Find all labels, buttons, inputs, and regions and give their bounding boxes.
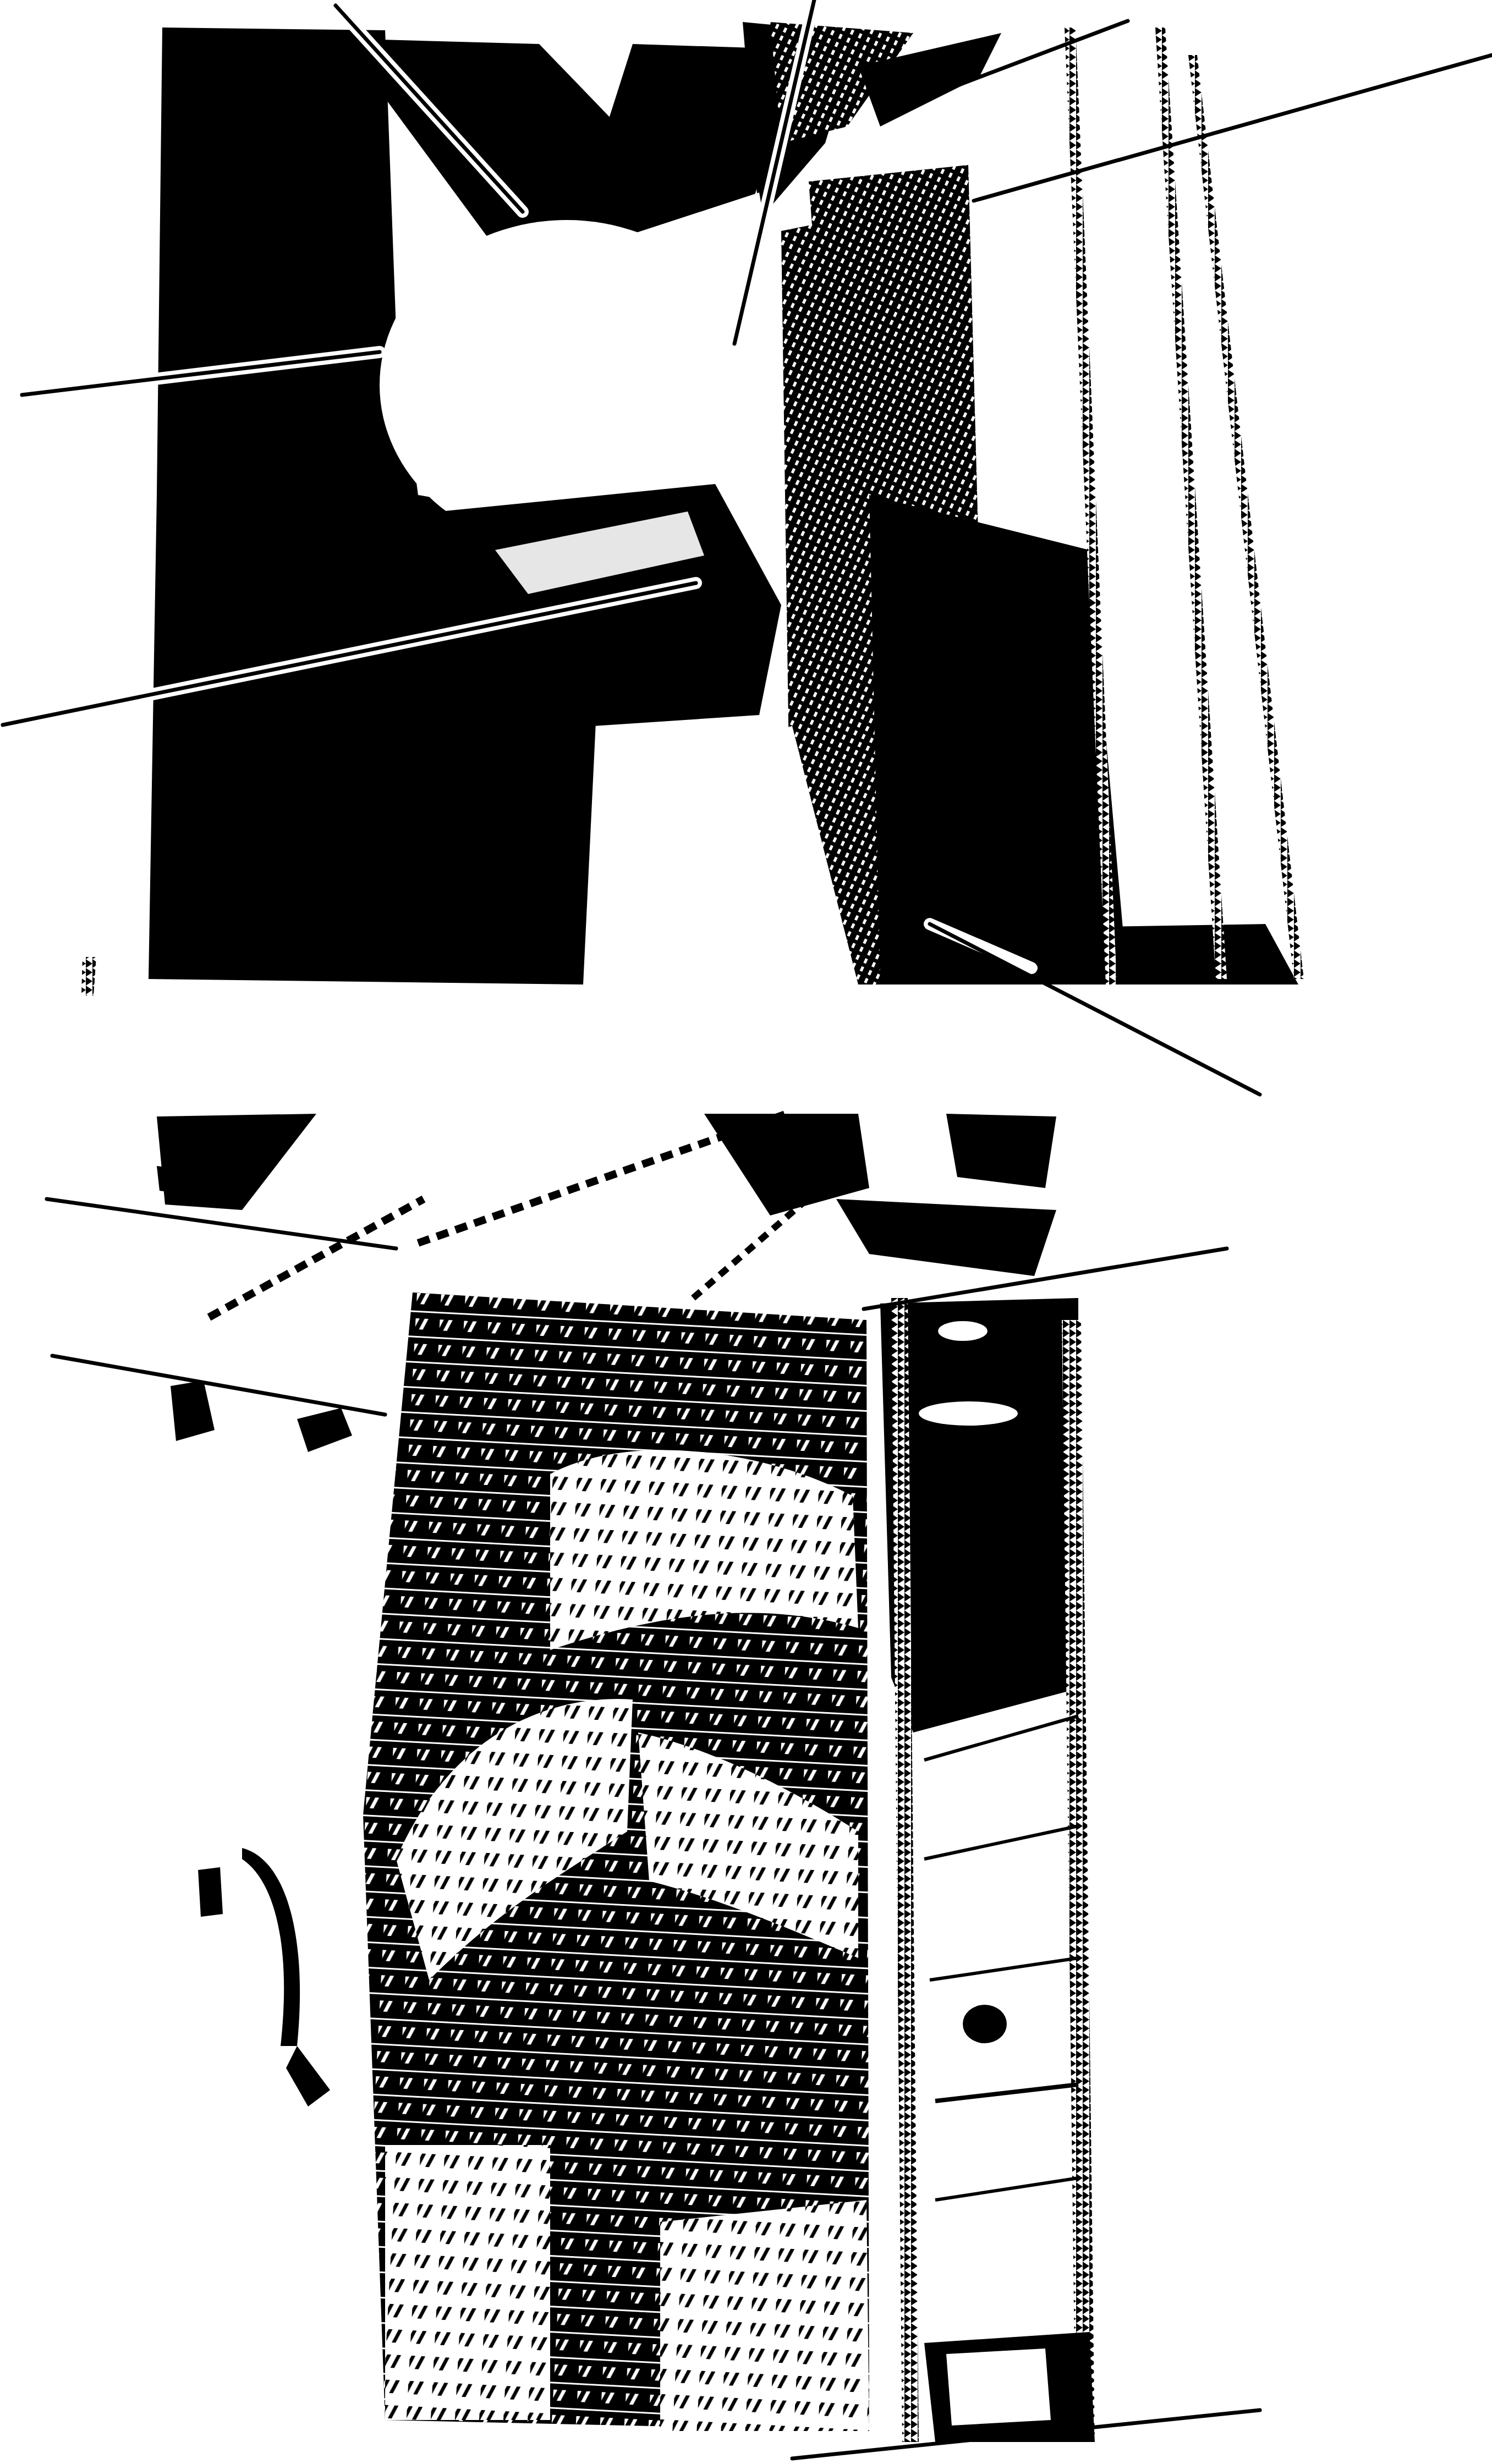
lower-photo-panel [47, 1114, 1260, 2458]
figure-sheet [0, 0, 1492, 2464]
upper-photo-panel [0, 0, 1492, 2464]
